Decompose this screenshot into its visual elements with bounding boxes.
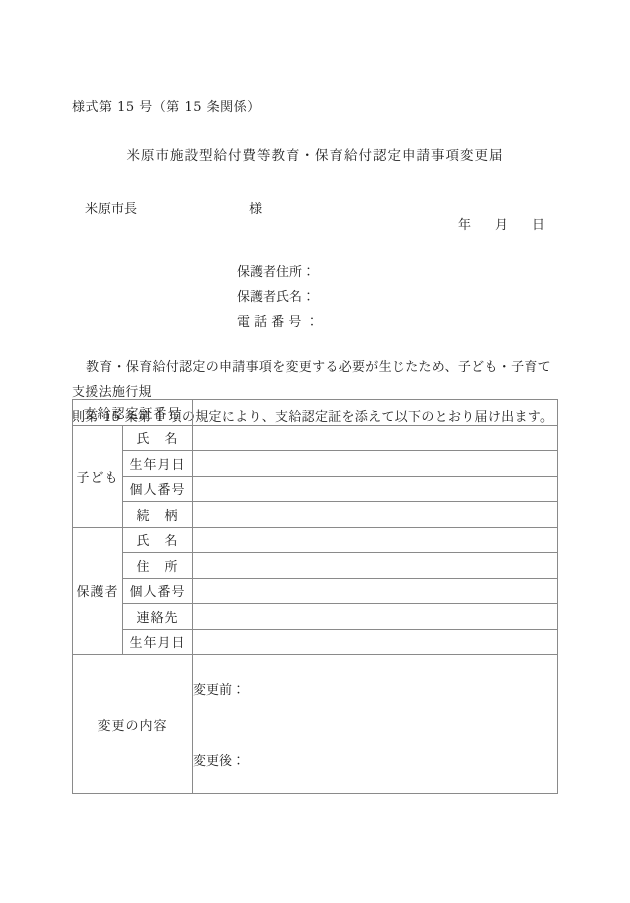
guardian-address-label-cell: 住 所 [123,553,193,579]
table-row-guardian-name: 保護者 氏 名 [73,527,558,553]
date-year-label: 年 [458,214,471,233]
child-id-number-label: 個人番号 [123,476,193,502]
child-group-label: 子ども [73,425,123,527]
child-birthdate-label: 生年月日 [123,451,193,477]
guardian-name-label: 保護者氏名： [237,285,319,310]
guardian-birthdate-value-cell [193,629,558,655]
child-id-number-value-cell [193,476,558,502]
application-table: 支給認定証番号 子ども 氏 名 生年月日 個人番号 続 柄 保護者 [72,399,558,794]
table-row-guardian-id-number: 個人番号 [73,578,558,604]
table-row-cert-number: 支給認定証番号 [73,400,558,426]
table-row-child-relationship: 続 柄 [73,502,558,528]
guardian-name-value-cell [193,527,558,553]
body-line-1: 教育・保育給付認定の申請事項を変更する必要が生じたため、子ども・子育て支援法施行… [72,355,562,405]
addressee-honorific: 様 [249,202,262,217]
guardian-name-label-cell: 氏 名 [123,527,193,553]
date-line: 年 月 日 [458,214,545,233]
table-row-child-name: 子ども 氏 名 [73,425,558,451]
addressee-line: 米原市長 様 [85,198,262,217]
child-name-value-cell [193,425,558,451]
guardian-id-number-value-cell [193,578,558,604]
table-row-guardian-address: 住 所 [73,553,558,579]
guardian-address-label: 保護者住所： [237,260,319,285]
guardian-contact-label: 連絡先 [123,604,193,630]
cert-number-label: 支給認定証番号 [73,400,193,426]
change-details-cell: 変更前： 変更後： [193,655,558,794]
child-relationship-value-cell [193,502,558,528]
document-page: 様式第 15 号（第 15 条関係） 米原市施設型給付費等教育・保育給付認定申請… [0,0,630,903]
cert-number-value-cell [193,400,558,426]
table-row-child-id-number: 個人番号 [73,476,558,502]
form-number: 様式第 15 号（第 15 条関係） [72,96,261,115]
table-row-guardian-contact: 連絡先 [73,604,558,630]
page-title: 米原市施設型給付費等教育・保育給付認定申請事項変更届 [0,144,630,164]
child-birthdate-value-cell [193,451,558,477]
date-day-label: 日 [532,214,545,233]
guardian-contact-block: 保護者住所： 保護者氏名： 電 話 番 号 ： [237,260,319,335]
guardian-address-value-cell [193,553,558,579]
table-row-child-birthdate: 生年月日 [73,451,558,477]
guardian-birthdate-label: 生年月日 [123,629,193,655]
change-before-label: 変更前： [193,679,557,698]
table-row-guardian-birthdate: 生年月日 [73,629,558,655]
guardian-phone-label: 電 話 番 号 ： [237,310,319,335]
child-name-label: 氏 名 [123,425,193,451]
date-month-label: 月 [495,214,508,233]
guardian-contact-value-cell [193,604,558,630]
addressee: 米原市長 [85,202,137,217]
change-section-label: 変更の内容 [73,655,193,794]
guardian-id-number-label: 個人番号 [123,578,193,604]
guardian-group-label: 保護者 [73,527,123,655]
child-relationship-label: 続 柄 [123,502,193,528]
change-after-label: 変更後： [193,750,557,769]
table-row-change-details: 変更の内容 変更前： 変更後： [73,655,558,794]
